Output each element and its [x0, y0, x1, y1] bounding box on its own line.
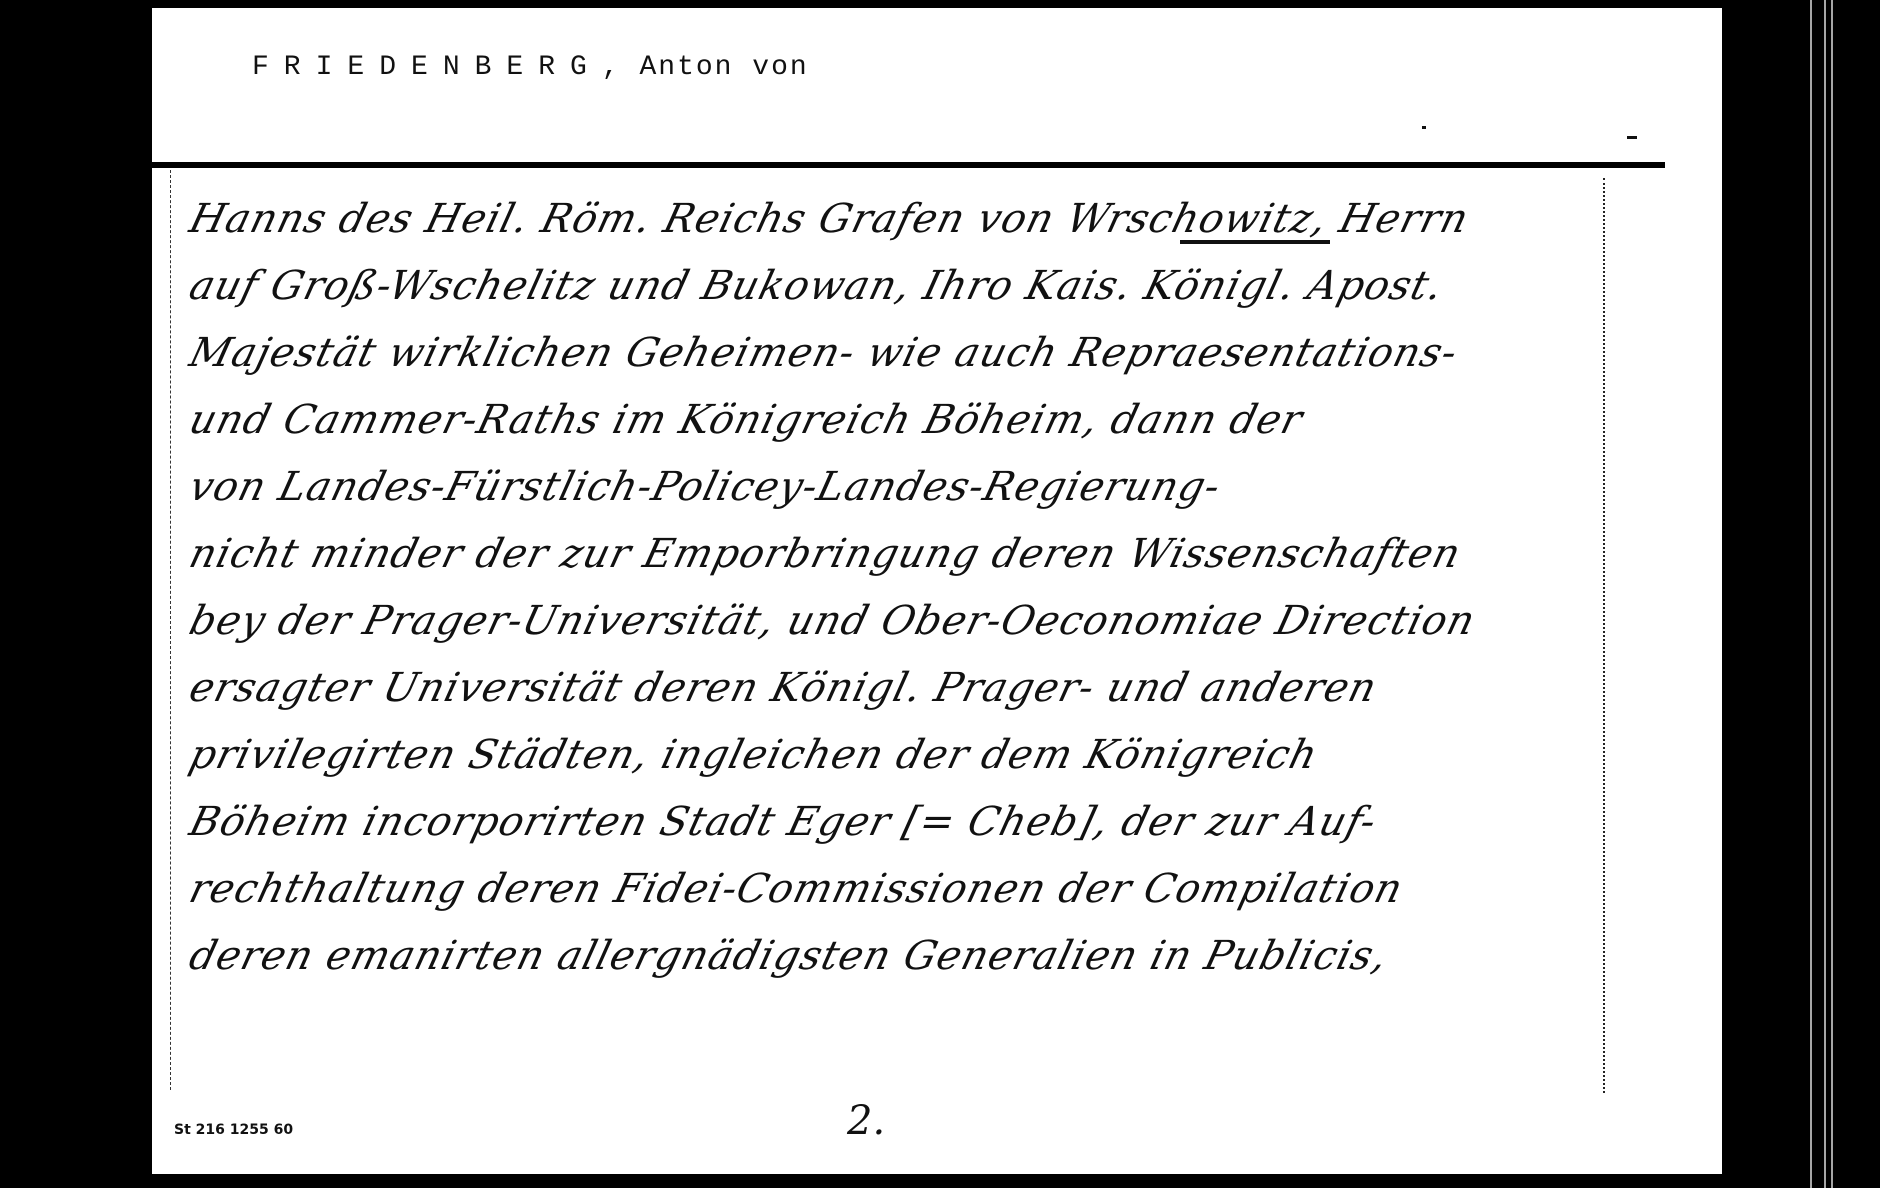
- manuscript-line: Majestät wirklichen Geheimen- wie auch R…: [182, 320, 1619, 387]
- name-underline: [1180, 240, 1330, 244]
- manuscript-line: auf Groß-Wschelitz und Bukowan, Ihro Kai…: [182, 253, 1619, 320]
- archive-code: St 216 1255 60: [174, 1122, 293, 1138]
- scan-speck: [1627, 136, 1637, 139]
- manuscript-line: Hanns des Heil. Röm. Reichs Grafen von W…: [182, 186, 1619, 253]
- manuscript-line: und Cammer-Raths im Königreich Böheim, d…: [182, 387, 1619, 454]
- manuscript-line: Böheim incorporirten Stadt Eger [= Cheb]…: [182, 789, 1619, 856]
- header-name: FRIEDENBERG, Anton von: [252, 52, 809, 83]
- handwritten-text: Hanns des Heil. Röm. Reichs Grafen von W…: [182, 186, 1602, 990]
- scan-edge-line: [1810, 0, 1812, 1188]
- document-page: FRIEDENBERG, Anton von Hanns des Heil. R…: [152, 8, 1722, 1174]
- header-surname: FRIEDENBERG: [252, 52, 602, 83]
- header-given-name: Anton von: [639, 52, 808, 83]
- scan-speck: [1422, 126, 1426, 129]
- scan-edge-line: [1824, 0, 1826, 1188]
- header-rule: [152, 162, 1665, 168]
- manuscript-line: nicht minder der zur Emporbringung deren…: [182, 521, 1619, 588]
- manuscript-line: deren emanirten allergnädigsten Generali…: [182, 923, 1619, 990]
- left-margin-line: [170, 170, 171, 1090]
- manuscript-line: rechthaltung deren Fidei-Commissionen de…: [182, 856, 1619, 923]
- header-separator: ,: [602, 52, 621, 83]
- manuscript-line: von Landes-Fürstlich-Policey-Landes-Regi…: [182, 454, 1619, 521]
- manuscript-line: privilegirten Städten, ingleichen der de…: [182, 722, 1619, 789]
- page-number: 2.: [847, 1098, 885, 1144]
- manuscript-line: ersagter Universität deren Königl. Prage…: [182, 655, 1619, 722]
- manuscript-line: bey der Prager-Universität, und Ober-Oec…: [182, 588, 1619, 655]
- scan-edge-line: [1831, 0, 1833, 1188]
